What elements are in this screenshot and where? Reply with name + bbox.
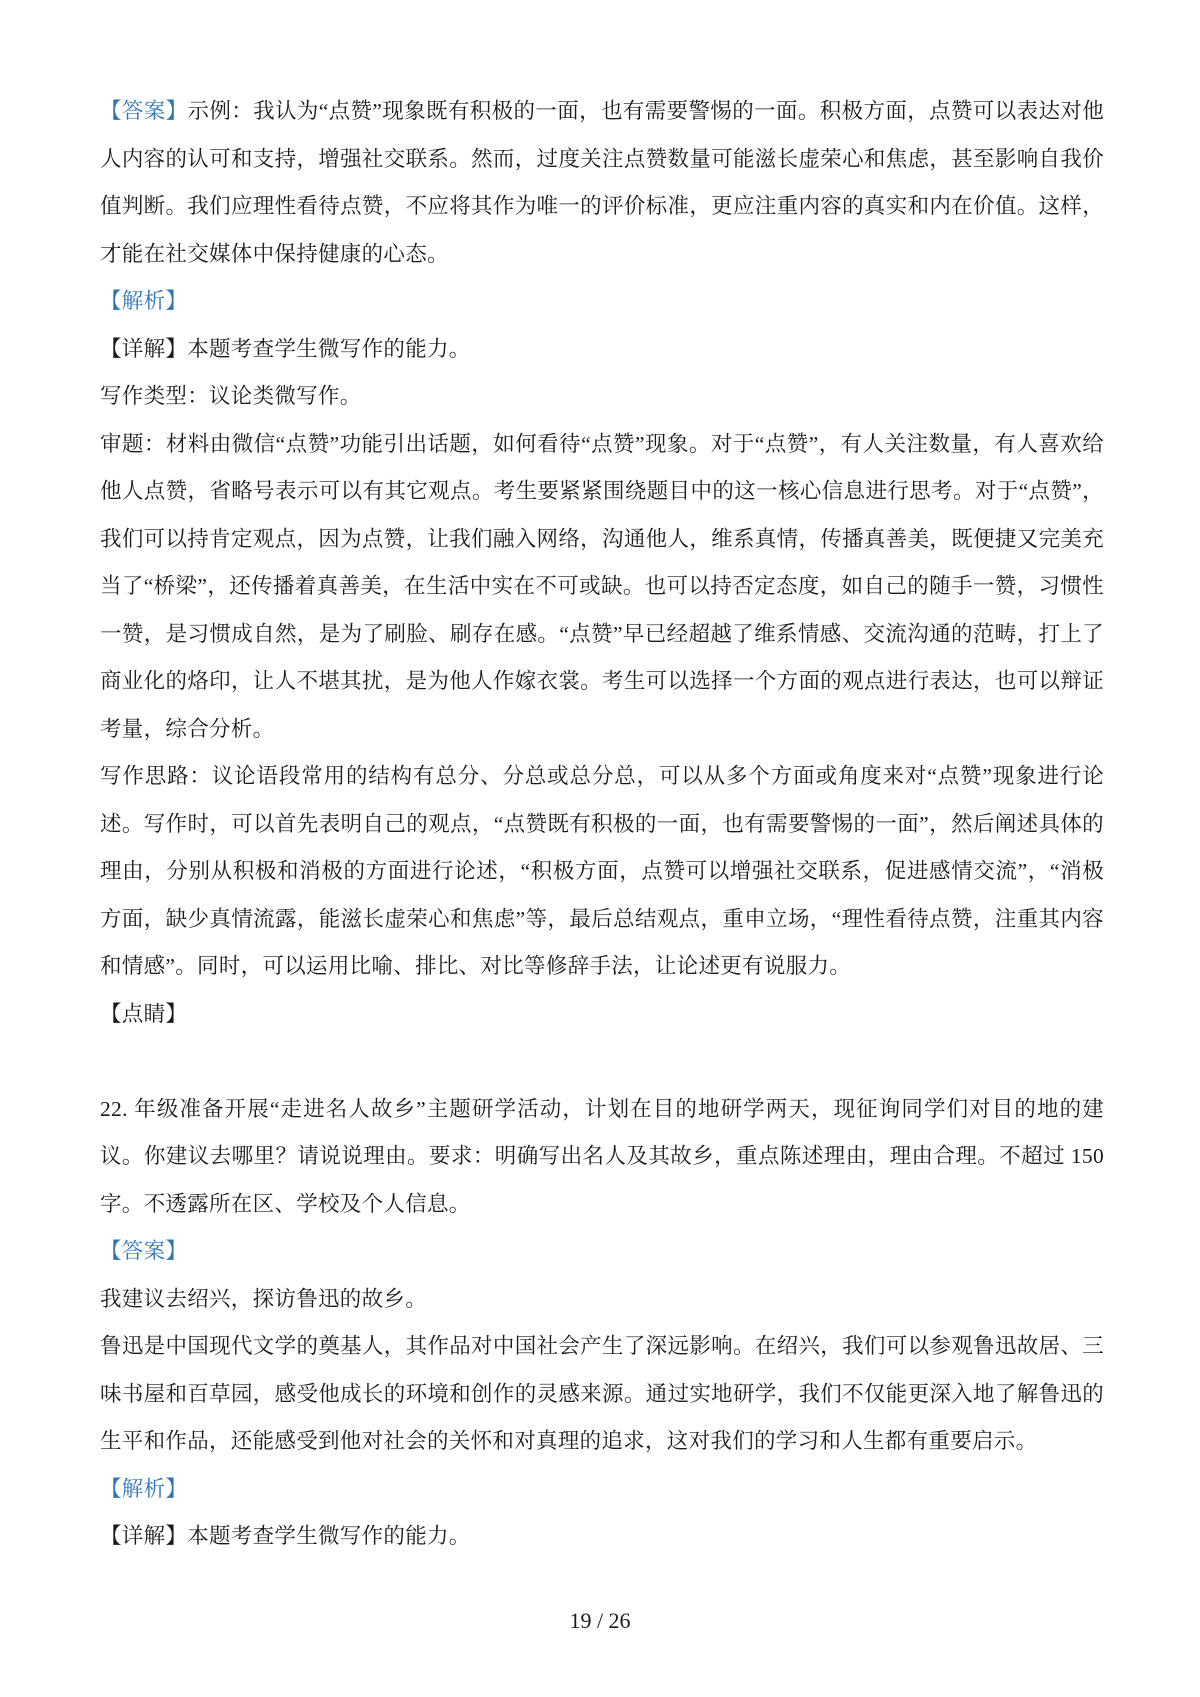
q21-answer-paragraph: 【答案】示例：我认为“点赞”现象既有积极的一面，也有需要警惕的一面。积极方面，点… <box>100 88 1104 278</box>
q22-answer-paragraph-2: 鲁迅是中国现代文学的奠基人，其作品对中国社会产生了深远影响。在绍兴，我们可以参观… <box>100 1323 1104 1466</box>
blank-line-spacer <box>100 1038 1104 1086</box>
q21-writing-idea-paragraph: 写作思路：议论语段常用的结构有总分、分总或总分总，可以从多个方面或角度来对“点赞… <box>100 753 1104 991</box>
q22-analysis-tag-paragraph: 【解析】 <box>100 1466 1104 1514</box>
q21-examine-topic-paragraph: 审题：材料由微信“点赞”功能引出话题，如何看待“点赞”现象。对于“点赞”，有人关… <box>100 421 1104 754</box>
q21-tip-tag-paragraph: 【点睛】 <box>100 991 1104 1039</box>
page-number: 19 / 26 <box>0 1597 1200 1645</box>
q21-answer-text: 示例：我认为“点赞”现象既有积极的一面，也有需要警惕的一面。积极方面，点赞可以表… <box>100 99 1104 266</box>
q22-answer-tag-paragraph: 【答案】 <box>100 1228 1104 1276</box>
q21-analysis-tag-paragraph: 【解析】 <box>100 278 1104 326</box>
q22-question-paragraph: 22. 年级准备开展“走进名人故乡”主题研学活动，计划在目的地研学两天，现征询同… <box>100 1086 1104 1229</box>
q21-analysis-tag: 【解析】 <box>100 289 187 313</box>
q21-answer-tag: 【答案】 <box>100 99 188 123</box>
q22-answer-paragraph-1: 我建议去绍兴，探访鲁迅的故乡。 <box>100 1276 1104 1324</box>
q22-answer-tag: 【答案】 <box>100 1239 187 1263</box>
q22-analysis-tag: 【解析】 <box>100 1477 187 1501</box>
q21-writing-type-paragraph: 写作类型：议论类微写作。 <box>100 373 1104 421</box>
q21-detail-paragraph: 【详解】本题考查学生微写作的能力。 <box>100 326 1104 374</box>
q22-detail-paragraph: 【详解】本题考查学生微写作的能力。 <box>100 1513 1104 1561</box>
document-page: 【答案】示例：我认为“点赞”现象既有积极的一面，也有需要警惕的一面。积极方面，点… <box>0 0 1200 1697</box>
